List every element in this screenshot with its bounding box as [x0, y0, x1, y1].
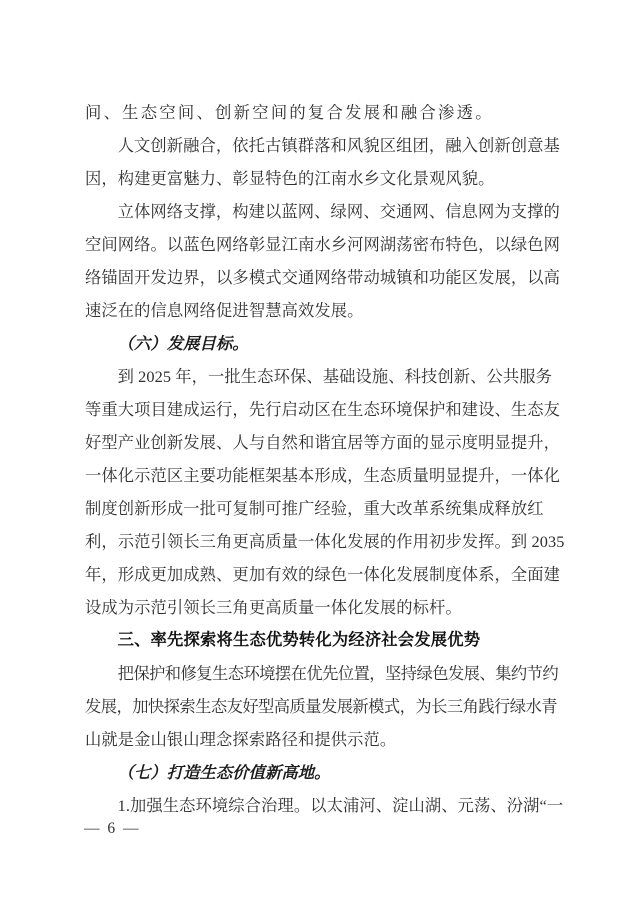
text-line: 年，形成更加成熟、更加有效的绿色一体化发展制度体系，全面建 — [85, 558, 557, 591]
text-line: 设成为示范引领长三角更高质量一体化发展的标杆。 — [85, 591, 557, 624]
text-line: 人文创新融合，依托古镇群落和风貌区组团，融入创新创意基 — [85, 129, 557, 162]
document-body: 间、生态空间、创新空间的复合发展和融合渗透。 人文创新融合，依托古镇群落和风貌区… — [85, 96, 557, 822]
text-line: 等重大项目建成运行，先行启动区在生态环境保护和建设、生态友 — [85, 393, 557, 426]
text-line: 把保护和修复生态环境摆在优先位置，坚持绿色发展、集约节约 — [85, 657, 557, 690]
text-line: 好型产业创新发展、人与自然和谐宜居等方面的显示度明显提升， — [85, 426, 557, 459]
section-heading-3: 三、率先探索将生态优势转化为经济社会发展优势 — [85, 624, 557, 657]
text-line: 1.加强生态环境综合治理。以太浦河、淀山湖、元荡、汾湖“一 — [85, 789, 557, 822]
text-line: 到 2025 年，一批生态环保、基础设施、科技创新、公共服务 — [85, 360, 557, 393]
subsection-heading-7: （七）打造生态价值新高地。 — [85, 756, 557, 789]
text-line: 空间网络。以蓝色网络彰显江南水乡河网湖荡密布特色，以绿色网 — [85, 228, 557, 261]
text-line: 因，构建更富魅力、彰显特色的江南水乡文化景观风貌。 — [85, 162, 557, 195]
text-line: 发展，加快探索生态友好型高质量发展新模式，为长三角践行绿水青 — [85, 690, 557, 723]
text-line: 速泛在的信息网络促进智慧高效发展。 — [85, 294, 557, 327]
text-line: 制度创新形成一批可复制可推广经验，重大改革系统集成释放红 — [85, 492, 557, 525]
text-line: 立体网络支撑，构建以蓝网、绿网、交通网、信息网为支撑的 — [85, 195, 557, 228]
text-line: 间、生态空间、创新空间的复合发展和融合渗透。 — [85, 96, 557, 129]
document-page: 间、生态空间、创新空间的复合发展和融合渗透。 人文创新融合，依托古镇群落和风貌区… — [0, 0, 640, 905]
subsection-heading-6: （六）发展目标。 — [85, 327, 557, 360]
text-line: 山就是金山银山理念探索路径和提供示范。 — [85, 723, 557, 756]
text-line: 利，示范引领长三角更高质量一体化发展的作用初步发挥。到 2035 — [85, 525, 557, 558]
page-number: — 6 — — [84, 818, 141, 840]
text-line: 络锚固开发边界，以多模式交通网络带动城镇和功能区发展，以高 — [85, 261, 557, 294]
text-line: 一体化示范区主要功能框架基本形成，生态质量明显提升，一体化 — [85, 459, 557, 492]
